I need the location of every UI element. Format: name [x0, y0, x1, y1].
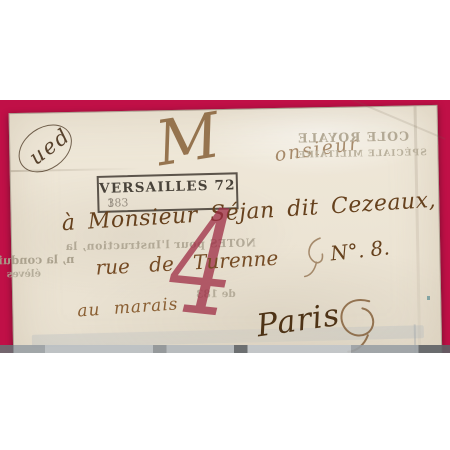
photo-edge-artifact	[0, 345, 450, 353]
crimson-mat: ued M onsieur COLE ROYALE SPÉCIALE MILIT…	[0, 100, 450, 353]
address-house-number: N°. 8.	[329, 235, 391, 265]
address-line-district: au marais	[77, 294, 179, 321]
folded-letter: ued M onsieur COLE ROYALE SPÉCIALE MILIT…	[9, 105, 443, 353]
pen-flourish-icon	[300, 234, 327, 278]
product-photo: ued M onsieur COLE ROYALE SPÉCIALE MILIT…	[0, 0, 450, 450]
show-through-left-fragment: n, la condui	[0, 252, 75, 267]
paper-crease	[414, 106, 422, 353]
show-through-left-fragment: élèves	[7, 269, 42, 281]
salutation-initial: M	[151, 100, 225, 180]
paper-speck	[427, 296, 430, 300]
show-through-header-line2: SPÉCIALE MILITAIRE.	[293, 148, 427, 161]
show-through-header-line1: COLE ROYALE	[297, 128, 409, 145]
